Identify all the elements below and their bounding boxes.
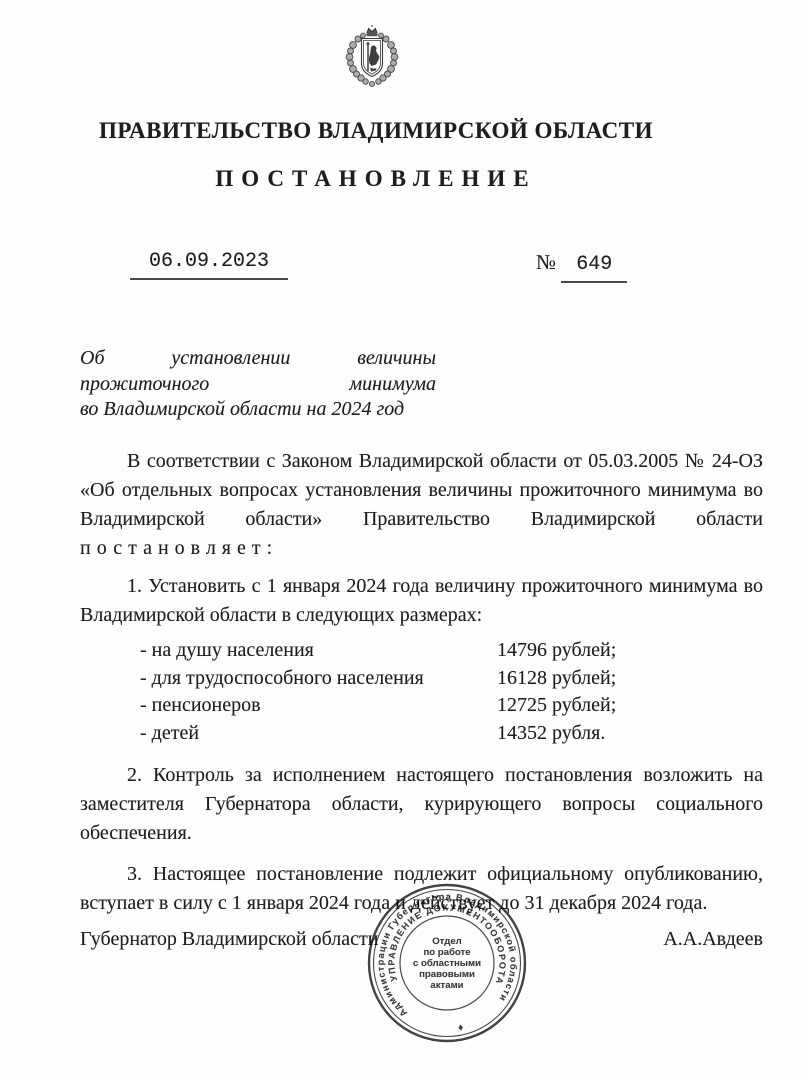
org-name: ПРАВИТЕЛЬСТВО ВЛАДИМИРСКОЙ ОБЛАСТИ: [80, 118, 672, 144]
value-label: - для трудоспособного населения: [140, 665, 497, 693]
paragraph-point-2: 2. Контроль за исполнением настоящего по…: [80, 761, 763, 848]
stamp-center-line: с областными: [413, 958, 481, 969]
stamp-separator-diamond: ♦: [457, 1022, 464, 1034]
stamp-center-line: Отдел: [432, 936, 462, 947]
subject-line: прожиточного минимума: [80, 372, 436, 398]
signer-name: А.А.Авдеев: [663, 928, 763, 951]
stamp-center-line: по работе: [423, 947, 470, 958]
document-page: ПРАВИТЕЛЬСТВО ВЛАДИМИРСКОЙ ОБЛАСТИ ПОСТА…: [0, 0, 808, 1080]
doc-number: № 649: [536, 250, 627, 283]
value-label: - на душу населения: [140, 637, 497, 665]
list-item: - пенсионеров 12725 рублей;: [140, 692, 763, 720]
subject-line: Об установлении величины: [80, 346, 436, 372]
vladimir-oblast-coat-of-arms-icon: [337, 24, 407, 102]
list-item: - на душу населения 14796 рублей;: [140, 637, 763, 665]
stamp-center-text: Отдел по работе с областными правовыми а…: [413, 936, 481, 991]
value-amount: 14352 рубля.: [497, 720, 605, 748]
minimum-values-list: - на душу населения 14796 рублей; - для …: [80, 637, 763, 747]
signer-position: Губернатор Владимирской области: [80, 928, 378, 951]
round-stamp: Администрации Губернатора Владимирской о…: [364, 880, 530, 1046]
doc-subject: Об установлении величины прожиточного ми…: [80, 346, 436, 423]
resolves-line: постановляет:: [80, 534, 763, 563]
subject-line: во Владимирской области на 2024 год: [80, 397, 436, 423]
value-amount: 16128 рублей;: [497, 665, 616, 693]
value-label: - пенсионеров: [140, 692, 497, 720]
value-amount: 14796 рублей;: [497, 637, 616, 665]
stamp-center-line: правовыми: [419, 969, 475, 980]
list-item: - детей 14352 рубля.: [140, 720, 763, 748]
value-amount: 12725 рублей;: [497, 692, 616, 720]
doc-body: В соответствии с Законом Владимирской об…: [80, 447, 763, 918]
value-label: - детей: [140, 720, 497, 748]
paragraph-point-1: 1. Установить с 1 января 2024 года велич…: [80, 572, 763, 630]
doc-type-title: ПОСТАНОВЛЕНИЕ: [80, 166, 672, 192]
stamp-center-line: актами: [430, 980, 463, 991]
doc-date: 06.09.2023: [130, 250, 288, 280]
list-item: - для трудоспособного населения 16128 ру…: [140, 665, 763, 693]
paragraph-intro: В соответствии с Законом Владимирской об…: [80, 447, 763, 534]
number-sign: №: [536, 250, 556, 274]
doc-number-value: 649: [561, 253, 627, 283]
